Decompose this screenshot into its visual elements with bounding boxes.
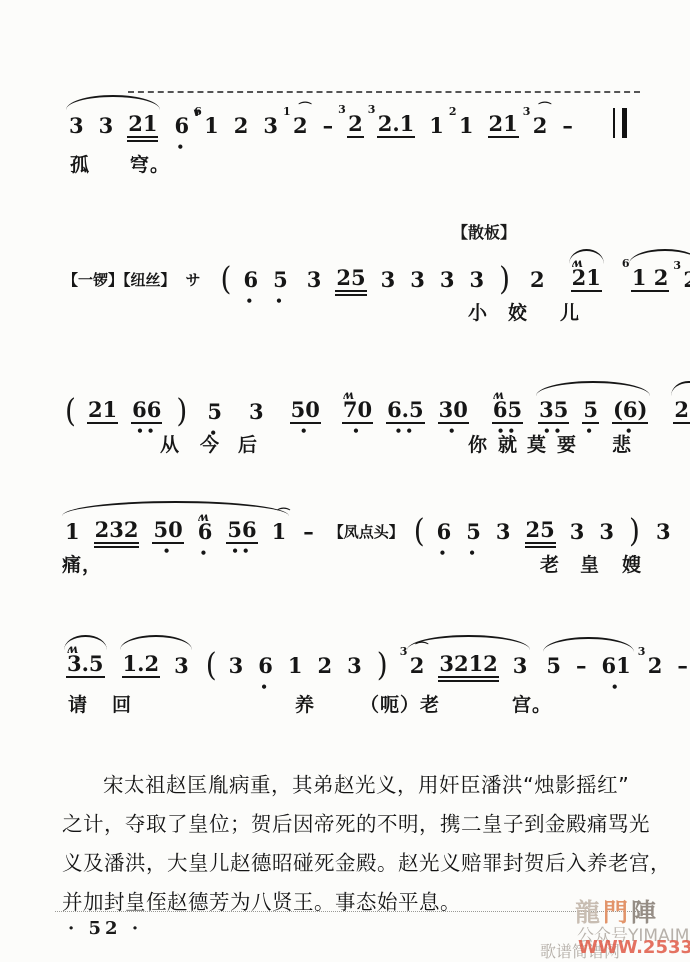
octave-dot: • [152, 547, 183, 555]
jianpu-note: 6•ʍ [197, 520, 214, 544]
jianpu-note: 23 [347, 112, 364, 138]
jianpu-note: 1 [428, 114, 445, 138]
jianpu-note: 3.5ʍ [66, 652, 105, 678]
system-2: 【一锣】【纽丝】サ(6•5•3253333)221ʍ1 2623 [62, 258, 690, 292]
lyric-syllable: 请 [68, 690, 88, 717]
jianpu-note: 21ʍ [571, 266, 602, 292]
lyric-syllable: 小 [468, 298, 488, 325]
jianpu-note: 6.5•• [386, 398, 425, 424]
jianpu-note: 3 [569, 520, 586, 544]
octave-dot: • [436, 549, 453, 557]
jianpu-note: 3 [262, 114, 279, 138]
jianpu-note: 5• [465, 520, 482, 544]
slur-group: 21ʍ [569, 266, 604, 292]
fermata-icon: ⌒ [277, 504, 290, 528]
jianpu-note: 21⌒ [292, 114, 309, 138]
score-page: 33216•∨162321⌒–232.131122123⌒–孤穹。【一锣】【纽丝… [0, 0, 690, 962]
synopsis-line: 宋太祖赵匡胤病重，其弟赵光义，用奸臣潘洪“烛影摇红” [62, 766, 668, 805]
lyric-syllable: 养 [295, 690, 315, 717]
slur-arc-icon [62, 501, 289, 516]
grace-note: 2 [449, 100, 457, 124]
jianpu-note: 3 [655, 520, 672, 544]
tremolo-icon: ʍ [198, 505, 208, 529]
lyric-syllable: 皇 [580, 550, 600, 577]
octave-dot: • [242, 297, 259, 305]
jianpu-note: 22 [673, 398, 690, 424]
slur-group: 3.5ʍ [64, 652, 107, 678]
jianpu-note: 3212 [438, 652, 498, 678]
slur-group: 1 2623 [629, 266, 690, 292]
tremolo-icon: ʍ [572, 251, 582, 275]
jianpu-note: 6• [436, 520, 453, 544]
jianpu-note: 16 [203, 114, 220, 138]
grace-note: 3 [400, 640, 408, 664]
parenthesis: ( [220, 264, 233, 294]
grace-note: 6 [194, 100, 202, 124]
page-number: · 52 · [68, 918, 142, 939]
lyric-syllable: 今 [200, 430, 220, 457]
slur-arc-icon [66, 95, 160, 110]
parenthesis: ( [64, 396, 77, 426]
jianpu-note: 3 [468, 268, 485, 292]
jianpu-note: 5 [545, 654, 562, 678]
lyric-syllable: 姣 [508, 298, 528, 325]
system-4: 123250•6•ʍ56••1⌒–【凤点头】(6•5•32533)312 [62, 510, 690, 544]
jianpu-note: 21 [127, 112, 158, 138]
jianpu-note: 50• [152, 518, 183, 544]
jianpu-note: 25 [335, 266, 366, 292]
jianpu-note: 5• [206, 400, 223, 424]
tremolo-icon: ʍ [67, 637, 77, 661]
slur-group: 123250•6•ʍ56••1⌒ [62, 518, 289, 544]
tremolo-icon: ʍ [493, 383, 503, 407]
slur-group: 35••5•(6)• [536, 398, 650, 424]
parenthesis: ( [413, 516, 426, 546]
jianpu-note: 2.13 [377, 112, 416, 138]
fermata-icon: ⌒ [538, 98, 551, 122]
lyric-syllable: 莫 [527, 430, 547, 457]
jianpu-note: 3 [306, 268, 323, 292]
system-3: (2166••)5•350•70•ʍ6.5••30•65••ʍ35••5•(6)… [64, 390, 690, 424]
lyric-syllable: 要 [557, 430, 577, 457]
octave-dot: • [257, 683, 274, 691]
octave-dot: •• [226, 547, 257, 555]
parenthesis: ( [205, 650, 218, 680]
octave-dot: • [582, 427, 599, 435]
slur-group: 22 [671, 398, 690, 424]
octave-dot: • [290, 427, 321, 435]
system-1: 33216•∨162321⌒–232.131122123⌒– [66, 104, 627, 138]
grace-note: 3 [368, 98, 376, 122]
jianpu-note: 23 [682, 268, 690, 292]
lyric-syllable: 后 [238, 430, 258, 457]
jianpu-note: 3 [409, 268, 426, 292]
jianpu-note: 2 [529, 268, 546, 292]
jianpu-note: 6• [257, 654, 274, 678]
parenthesis: ) [628, 516, 641, 546]
jianpu-note: (6)• [612, 398, 648, 424]
jianpu-note: 70•ʍ [342, 398, 373, 424]
jianpu-note: – [561, 114, 574, 138]
jianpu-note: 1⌒ [271, 520, 288, 544]
notation-label: 【凤点头】 [328, 520, 405, 544]
jianpu-note: 3 [380, 268, 397, 292]
jianpu-note: 6•∨ [173, 114, 190, 138]
jianpu-note: 3 [439, 268, 456, 292]
slur-arc-icon [543, 637, 633, 652]
parenthesis: ) [498, 264, 511, 294]
system-5: 3.5ʍ1.23(36•123)23⌒321235–61•23––【住头】 [64, 644, 690, 678]
octave-dot: • [342, 427, 373, 435]
grace-note: 3 [338, 98, 346, 122]
slur-group: 1.23 [120, 652, 192, 678]
synopsis-line: 之计，夺取了皇位；贺后因帝死的不明，携二皇子到金殿痛骂光 [62, 805, 668, 844]
synopsis-line: 义及潘洪，大皇儿赵德昭碰死金殿。赵光义赔罪封贺后入养老宫， [62, 844, 668, 883]
scan-artifact-line [128, 91, 640, 93]
jianpu-note: 1 26 [631, 266, 670, 292]
octave-dot: • [465, 549, 482, 557]
jianpu-note: 65••ʍ [492, 398, 523, 424]
grace-note: 3 [638, 640, 646, 664]
slur-arc-icon [536, 381, 650, 396]
jianpu-note: 3 [228, 654, 245, 678]
tremolo-icon: ʍ [343, 383, 353, 407]
octave-dot: • [272, 297, 289, 305]
jianpu-note: – [575, 654, 588, 678]
lyric-syllable: 你 [468, 430, 488, 457]
jianpu-note: 1 [287, 654, 304, 678]
jianpu-note: 50• [290, 398, 321, 424]
lyric-syllable: 就 [498, 430, 518, 457]
octave-dot: • [197, 549, 214, 557]
grace-note: 6 [622, 252, 630, 276]
jianpu-note: 21 [488, 112, 519, 138]
jianpu-note: 3 [346, 654, 363, 678]
watermark-url: WWW.253344.NET [578, 937, 690, 958]
jianpu-note: 5• [582, 398, 599, 424]
jianpu-note: 3 [598, 520, 615, 544]
jianpu-note: 25 [525, 518, 556, 544]
jianpu-note: 3 [98, 114, 115, 138]
jianpu-note: 66•• [131, 398, 162, 424]
slur-arc-icon [671, 381, 690, 396]
lyric-syllable: 儿 [560, 298, 580, 325]
jianpu-note: 3 [495, 520, 512, 544]
lyric-syllable: 痛， [62, 550, 102, 577]
tempo-label: 【散板】 [452, 220, 516, 243]
jianpu-note: 35•• [538, 398, 569, 424]
slur-group: 3321 [66, 112, 160, 138]
final-barline [613, 108, 627, 138]
lyric-syllable: 从 [160, 430, 180, 457]
jianpu-note: 2 [317, 654, 334, 678]
lyric-syllable: 宫。 [512, 690, 552, 717]
lyric-syllable: 穹。 [130, 150, 170, 177]
jianpu-note: 1 [64, 520, 81, 544]
jianpu-note: – [302, 520, 315, 544]
jianpu-note: 3 [248, 400, 265, 424]
lyric-syllable: 悲 [612, 430, 632, 457]
fermata-icon: ⌒ [299, 98, 312, 122]
jianpu-note: 61• [601, 654, 632, 678]
jianpu-note: 2 [233, 114, 250, 138]
jianpu-note: 3 [68, 114, 85, 138]
lyric-syllable: 老 [540, 550, 560, 577]
lyric-syllable: （呃）老 [360, 690, 440, 717]
lyric-syllable: 嫂 [622, 550, 642, 577]
jianpu-note: – [322, 114, 335, 138]
notation-label: サ [185, 268, 202, 292]
jianpu-note: 12 [458, 114, 475, 138]
octave-dot: • [601, 683, 632, 691]
jianpu-note: 30• [438, 398, 469, 424]
jianpu-note: 21 [87, 398, 118, 424]
jianpu-note: 56•• [226, 518, 257, 544]
slur-arc-icon [120, 635, 192, 650]
parenthesis: ) [175, 396, 188, 426]
jianpu-note: 1.2 [122, 652, 161, 678]
jianpu-note: – [676, 654, 689, 678]
octave-dot: • [438, 427, 469, 435]
jianpu-note: 5• [272, 268, 289, 292]
lyric-syllable: 回 [112, 690, 132, 717]
jianpu-note: 23⌒ [409, 654, 426, 678]
grace-note: 3 [673, 254, 681, 278]
jianpu-note: 232 [94, 518, 140, 544]
parenthesis: ) [376, 650, 389, 680]
jianpu-note: 6• [242, 268, 259, 292]
jianpu-note: 23⌒ [532, 114, 549, 138]
jianpu-note: 23 [647, 654, 664, 678]
notation-label: 【一锣】【纽丝】 [62, 268, 177, 292]
fermata-icon: ⌒ [415, 638, 428, 662]
octave-dot: •• [386, 427, 425, 435]
jianpu-note: 3 [173, 654, 190, 678]
grace-note: 1 [283, 100, 291, 124]
octave-dot: • [173, 143, 190, 151]
slur-group: 23⌒32123 [407, 652, 531, 678]
slur-group: 5–61• [543, 654, 633, 678]
octave-dot: •• [131, 427, 162, 435]
grace-note: 3 [523, 100, 531, 124]
lyric-syllable: 孤 [70, 150, 90, 177]
jianpu-note: 3 [512, 654, 529, 678]
